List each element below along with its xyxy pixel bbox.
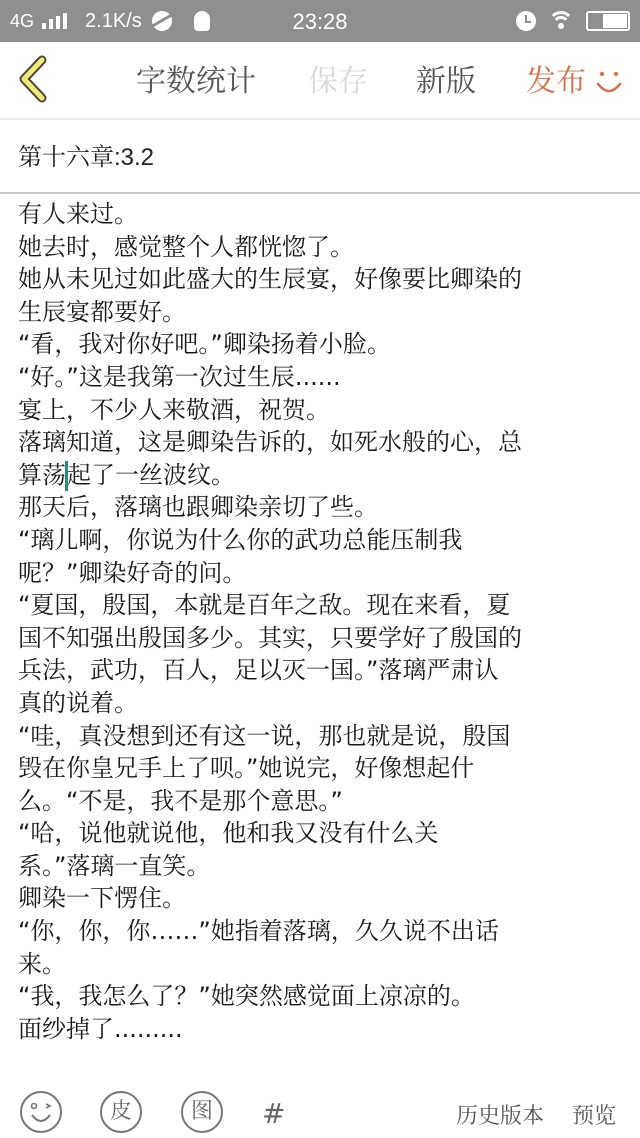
- save-button[interactable]: 保存: [308, 62, 368, 102]
- alarm-icon: [516, 11, 536, 31]
- new-version-button[interactable]: 新版: [416, 62, 476, 102]
- status-bar: 4G 2.1K/s 23:28: [0, 0, 640, 42]
- hashtag-button[interactable]: #: [262, 1097, 285, 1130]
- text-line: “好。”这是我第一次过生辰......: [18, 361, 628, 394]
- wifi-icon: [548, 11, 574, 31]
- word-count-button[interactable]: 字数统计: [136, 62, 256, 102]
- text-line: 呢？”卿染好奇的问。: [18, 557, 628, 590]
- text-line: 她从未见过如此盛大的生辰宴，好像要比卿染的: [18, 263, 628, 296]
- text-line: “璃儿啊，你说为什么你的武功总能压制我: [18, 524, 628, 557]
- text-line: “哈，说他就说他，他和我又没有什么关: [18, 817, 628, 850]
- text-line: 有人来过。: [18, 198, 628, 231]
- history-versions-button[interactable]: 历史版本: [456, 1099, 544, 1130]
- text-line: 那天后，落璃也跟卿染亲切了些。: [18, 491, 628, 524]
- smile-icon[interactable]: [594, 64, 624, 98]
- chapter-title-input[interactable]: 第十六章:3.2: [18, 140, 154, 176]
- text-line: 卿染一下愣住。: [18, 882, 628, 915]
- emoji-button[interactable]: [20, 1091, 62, 1133]
- text-line: 国不知强出殷国多少。其实，只要学好了殷国的: [18, 622, 628, 655]
- chapter-body-editor[interactable]: 有人来过。 她去时，感觉整个人都恍惚了。 她从未见过如此盛大的生辰宴，好像要比卿…: [18, 198, 628, 1045]
- bottom-toolbar: 皮 图 # 历史版本 预览: [0, 1085, 640, 1138]
- text-line: “看，我对你好吧。”卿染扬着小脸。: [18, 328, 628, 361]
- text-line: 毁在你皇兄手上了呗。”她说完，好像想起什: [18, 752, 628, 785]
- text-line: 来。: [18, 948, 628, 981]
- text-line: 真的说着。: [18, 687, 628, 720]
- text-line: 系。”落璃一直笑。: [18, 850, 628, 883]
- editor-toolbar: 字数统计 保存 新版 发布: [0, 42, 640, 120]
- text-line: 兵法，武功，百人，足以灭一国。”落璃严肃认: [18, 654, 628, 687]
- text-line: 面纱掉了.........: [18, 1013, 628, 1046]
- skin-button[interactable]: 皮: [100, 1091, 142, 1133]
- text-line: “夏国，殷国，本就是百年之敌。现在来看，夏: [18, 589, 628, 622]
- text-line: 生辰宴都要好。: [18, 296, 628, 329]
- chevron-left-icon: [14, 54, 54, 104]
- wink-face-icon: [22, 1093, 60, 1131]
- battery-icon: [586, 11, 630, 31]
- text-line-with-cursor: 算荡起了一丝波纹。: [18, 459, 628, 492]
- text-line: 她去时，感觉整个人都恍惚了。: [18, 231, 628, 264]
- text-line: 么。“不是，我不是那个意思。”: [18, 785, 628, 818]
- text-line: “你，你，你……”她指着落璃，久久说不出话: [18, 915, 628, 948]
- divider: [0, 192, 640, 194]
- text-line: 宴上，不少人来敬酒，祝贺。: [18, 394, 628, 427]
- text-line: “哇，真没想到还有这一说，那也就是说，殷国: [18, 720, 628, 753]
- preview-button[interactable]: 预览: [572, 1099, 616, 1130]
- back-button[interactable]: [14, 54, 54, 104]
- text-line: “我，我怎么了？”她突然感觉面上凉凉的。: [18, 980, 628, 1013]
- text-before-cursor: 算荡: [18, 461, 66, 489]
- publish-button[interactable]: 发布: [526, 62, 586, 102]
- insert-image-button[interactable]: 图: [181, 1091, 223, 1133]
- text-line: 落璃知道，这是卿染告诉的，如死水般的心，总: [18, 426, 628, 459]
- status-right: [516, 0, 630, 42]
- text-after-cursor: 起了一丝波纹。: [67, 461, 235, 489]
